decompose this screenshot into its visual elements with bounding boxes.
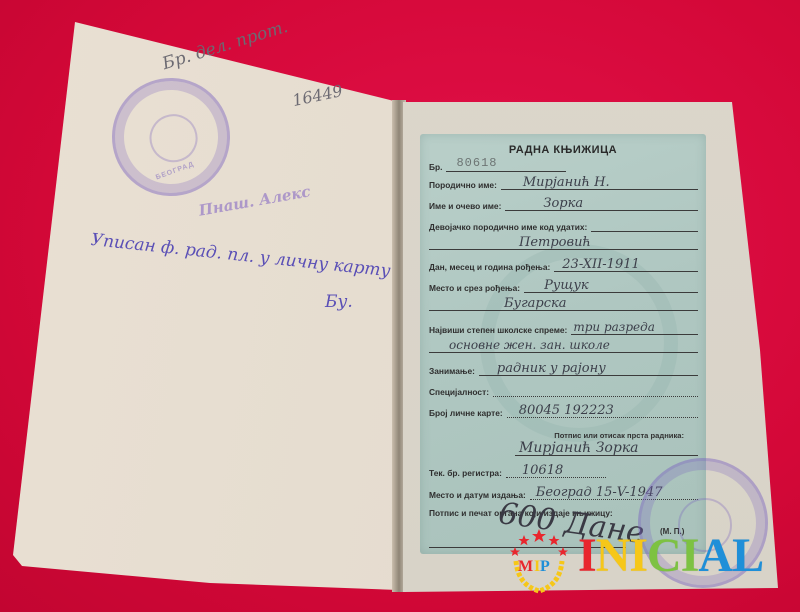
- inicial-brand-text: INICIAL: [578, 531, 763, 581]
- booklet-number-row: Бр. 80618: [429, 158, 566, 172]
- svg-text:M: M: [518, 558, 533, 575]
- field-row-specialty: Специјалност:: [429, 383, 698, 397]
- field-row-birth-place: Место и срез рођења: Рущук: [429, 279, 698, 293]
- mip-emblem-icon: M I P: [508, 527, 570, 595]
- card-title: РАДНА КЊИЖИЦА: [420, 144, 706, 156]
- worker-signature-row: Мирјанић Зорка: [515, 442, 698, 456]
- ink-note-line2: Бу.: [325, 292, 353, 312]
- field-row-given-name: Име и очево име: Зорка: [429, 197, 698, 211]
- field-row-occupation: Занимање: радник у рајону: [429, 362, 698, 376]
- field-row-birth-place-cont: Бугарска: [429, 297, 698, 311]
- field-row-education-cont: основне жен. зан. школе: [429, 339, 698, 353]
- field-row-maiden-name-value: Петровић: [429, 236, 698, 250]
- svg-text:P: P: [540, 558, 550, 575]
- inicial-watermark: M I P INICIAL: [508, 527, 788, 597]
- field-row-id-card-number: Број личне карте: 80045 192223: [429, 404, 698, 418]
- register-number-row: Тек. бр. регистра: 10618: [429, 464, 606, 478]
- field-row-maiden-name: Девојачко породично име код удатих:: [429, 218, 698, 232]
- field-row-surname: Породично име: Мирјанић Н.: [429, 176, 698, 190]
- booklet-number: 80618: [456, 156, 497, 170]
- signature-caption: Потпис или отисак прста радника:: [420, 431, 706, 440]
- photo-scene: БЕОГРАД Бр. дел. прот. 16449 Пнаш. Алекс…: [0, 0, 800, 612]
- field-row-birth-date: Дан, месец и година рођења: 23-XII-1911: [429, 258, 698, 272]
- field-row-education: Највиши степен школске спреме: три разре…: [429, 321, 698, 335]
